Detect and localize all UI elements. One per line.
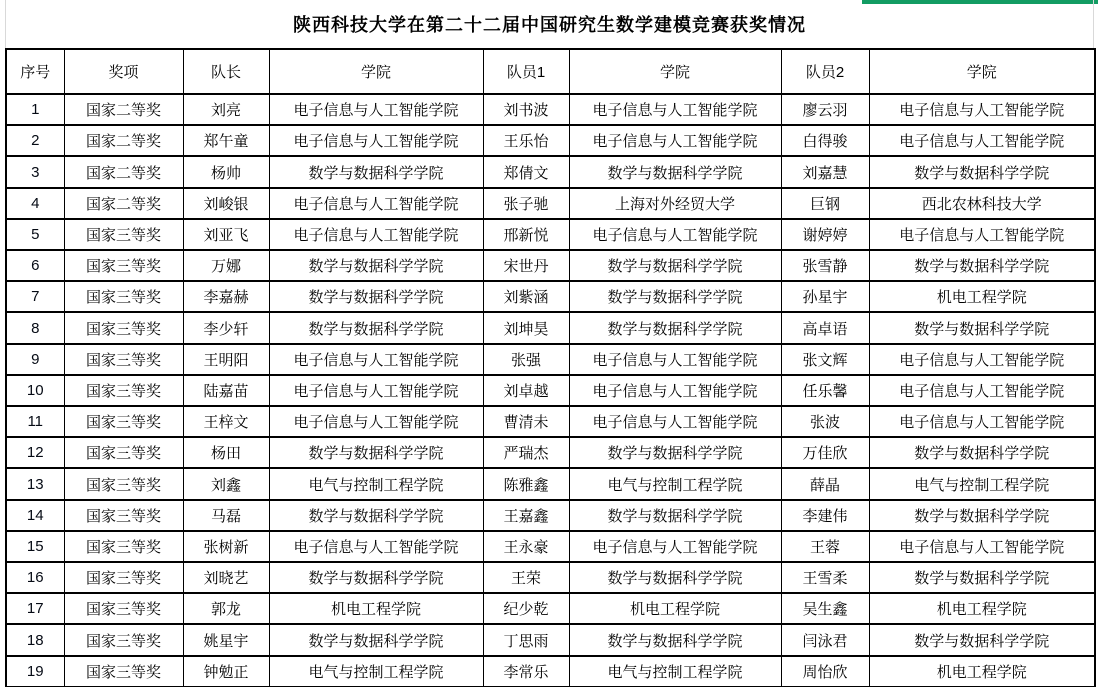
- table-cell: 曹清未: [483, 406, 569, 437]
- table-cell: 国家三等奖: [64, 375, 183, 406]
- table-cell: 电子信息与人工智能学院: [269, 188, 483, 219]
- table-cell: 国家二等奖: [64, 94, 183, 125]
- table-cell: 王乐怡: [483, 125, 569, 156]
- table-cell: 电子信息与人工智能学院: [269, 531, 483, 562]
- table-cell: 孙星宇: [781, 281, 869, 312]
- serial-cell: 6: [6, 250, 64, 281]
- serial-cell: 18: [6, 624, 64, 655]
- table-cell: 机电工程学院: [269, 593, 483, 624]
- table-row: 4国家二等奖刘峻银电子信息与人工智能学院张子驰上海对外经贸大学巨钢西北农林科技大…: [6, 188, 1095, 219]
- table-cell: 王梓文: [183, 406, 269, 437]
- table-row: 7国家三等奖李嘉赫数学与数据科学学院刘紫涵数学与数据科学学院孙星宇机电工程学院: [6, 281, 1095, 312]
- table-cell: 数学与数据科学学院: [569, 562, 781, 593]
- table-cell: 王永豪: [483, 531, 569, 562]
- table-cell: 电子信息与人工智能学院: [269, 344, 483, 375]
- table-cell: 电子信息与人工智能学院: [869, 94, 1095, 125]
- table-row: 15国家三等奖张树新电子信息与人工智能学院王永豪电子信息与人工智能学院王蓉电子信…: [6, 531, 1095, 562]
- table-cell: 周怡欣: [781, 656, 869, 687]
- table-cell: 数学与数据科学学院: [569, 500, 781, 531]
- serial-cell: 10: [6, 375, 64, 406]
- column-header: 队员2: [781, 49, 869, 94]
- table-cell: 薛晶: [781, 468, 869, 499]
- table-cell: 国家三等奖: [64, 656, 183, 687]
- table-cell: 严瑞杰: [483, 437, 569, 468]
- table-cell: 王蓉: [781, 531, 869, 562]
- serial-cell: 8: [6, 312, 64, 343]
- serial-cell: 1: [6, 94, 64, 125]
- table-cell: 万娜: [183, 250, 269, 281]
- table-cell: 巨钢: [781, 188, 869, 219]
- table-cell: 国家三等奖: [64, 312, 183, 343]
- table-cell: 数学与数据科学学院: [569, 281, 781, 312]
- table-cell: 郭龙: [183, 593, 269, 624]
- serial-cell: 17: [6, 593, 64, 624]
- table-cell: 电气与控制工程学院: [269, 656, 483, 687]
- table-cell: 国家三等奖: [64, 593, 183, 624]
- table-cell: 宋世丹: [483, 250, 569, 281]
- serial-cell: 2: [6, 125, 64, 156]
- table-cell: 电气与控制工程学院: [269, 468, 483, 499]
- table-cell: 姚星宇: [183, 624, 269, 655]
- table-cell: 电子信息与人工智能学院: [869, 375, 1095, 406]
- table-cell: 李嘉赫: [183, 281, 269, 312]
- table-row: 6国家三等奖万娜数学与数据科学学院宋世丹数学与数据科学学院张雪静数学与数据科学学…: [6, 250, 1095, 281]
- table-cell: 陈雅鑫: [483, 468, 569, 499]
- table-row: 3国家二等奖杨帅数学与数据科学学院郑倩文数学与数据科学学院刘嘉慧数学与数据科学学…: [6, 156, 1095, 187]
- table-cell: 杨田: [183, 437, 269, 468]
- table-cell: 数学与数据科学学院: [869, 562, 1095, 593]
- table-cell: 电子信息与人工智能学院: [269, 375, 483, 406]
- table-cell: 丁思雨: [483, 624, 569, 655]
- table-cell: 电子信息与人工智能学院: [869, 219, 1095, 250]
- table-cell: 张波: [781, 406, 869, 437]
- table-cell: 电子信息与人工智能学院: [569, 531, 781, 562]
- awards-table: 序号奖项队长学院队员1学院队员2学院 1国家二等奖刘亮电子信息与人工智能学院刘书…: [5, 48, 1096, 687]
- table-row: 16国家三等奖刘晓艺数学与数据科学学院王荣数学与数据科学学院王雪柔数学与数据科学…: [6, 562, 1095, 593]
- table-cell: 国家三等奖: [64, 500, 183, 531]
- table-cell: 吴生鑫: [781, 593, 869, 624]
- table-cell: 国家二等奖: [64, 156, 183, 187]
- serial-cell: 13: [6, 468, 64, 499]
- table-cell: 电子信息与人工智能学院: [269, 219, 483, 250]
- table-cell: 张文辉: [781, 344, 869, 375]
- table-row: 10国家三等奖陆嘉苗电子信息与人工智能学院刘卓越电子信息与人工智能学院任乐馨电子…: [6, 375, 1095, 406]
- table-cell: 数学与数据科学学院: [869, 312, 1095, 343]
- table-row: 18国家三等奖姚星宇数学与数据科学学院丁思雨数学与数据科学学院闫泳君数学与数据科…: [6, 624, 1095, 655]
- table-cell: 王明阳: [183, 344, 269, 375]
- page-title: 陕西科技大学在第二十二届中国研究生数学建模竞赛获奖情况: [293, 11, 806, 37]
- table-cell: 国家三等奖: [64, 437, 183, 468]
- table-row: 9国家三等奖王明阳电子信息与人工智能学院张强电子信息与人工智能学院张文辉电子信息…: [6, 344, 1095, 375]
- table-cell: 国家三等奖: [64, 562, 183, 593]
- table-row: 12国家三等奖杨田数学与数据科学学院严瑞杰数学与数据科学学院万佳欣数学与数据科学…: [6, 437, 1095, 468]
- table-cell: 刘书波: [483, 94, 569, 125]
- table-row: 5国家三等奖刘亚飞电子信息与人工智能学院邢新悦电子信息与人工智能学院谢婷婷电子信…: [6, 219, 1095, 250]
- table-cell: 陆嘉苗: [183, 375, 269, 406]
- table-cell: 电子信息与人工智能学院: [569, 219, 781, 250]
- table-cell: 国家三等奖: [64, 406, 183, 437]
- table-cell: 刘紫涵: [483, 281, 569, 312]
- table-cell: 数学与数据科学学院: [269, 437, 483, 468]
- table-cell: 数学与数据科学学院: [869, 624, 1095, 655]
- table-cell: 杨帅: [183, 156, 269, 187]
- table-cell: 李少轩: [183, 312, 269, 343]
- table-cell: 国家三等奖: [64, 531, 183, 562]
- column-header: 序号: [6, 49, 64, 94]
- table-cell: 电子信息与人工智能学院: [869, 344, 1095, 375]
- column-header: 学院: [869, 49, 1095, 94]
- table-row: 19国家三等奖钟勉正电气与控制工程学院李常乐电气与控制工程学院周怡欣机电工程学院: [6, 656, 1095, 687]
- table-cell: 刘亚飞: [183, 219, 269, 250]
- table-cell: 钟勉正: [183, 656, 269, 687]
- table-cell: 郑午童: [183, 125, 269, 156]
- table-cell: 数学与数据科学学院: [569, 156, 781, 187]
- table-row: 13国家三等奖刘鑫电气与控制工程学院陈雅鑫电气与控制工程学院薛晶电气与控制工程学…: [6, 468, 1095, 499]
- table-cell: 李常乐: [483, 656, 569, 687]
- header-row: 序号奖项队长学院队员1学院队员2学院: [6, 49, 1095, 94]
- table-cell: 电子信息与人工智能学院: [869, 125, 1095, 156]
- table-cell: 刘亮: [183, 94, 269, 125]
- table-cell: 刘晓艺: [183, 562, 269, 593]
- table-cell: 电子信息与人工智能学院: [569, 344, 781, 375]
- table-cell: 电气与控制工程学院: [869, 468, 1095, 499]
- table-cell: 国家二等奖: [64, 188, 183, 219]
- table-cell: 邢新悦: [483, 219, 569, 250]
- serial-cell: 3: [6, 156, 64, 187]
- table-row: 1国家二等奖刘亮电子信息与人工智能学院刘书波电子信息与人工智能学院廖云羽电子信息…: [6, 94, 1095, 125]
- table-row: 2国家二等奖郑午童电子信息与人工智能学院王乐怡电子信息与人工智能学院白得骏电子信…: [6, 125, 1095, 156]
- serial-cell: 15: [6, 531, 64, 562]
- table-cell: 张子驰: [483, 188, 569, 219]
- column-header: 队员1: [483, 49, 569, 94]
- table-cell: 电气与控制工程学院: [569, 656, 781, 687]
- column-header: 奖项: [64, 49, 183, 94]
- table-cell: 机电工程学院: [869, 281, 1095, 312]
- table-row: 8国家三等奖李少轩数学与数据科学学院刘坤昊数学与数据科学学院高卓语数学与数据科学…: [6, 312, 1095, 343]
- table-cell: 电气与控制工程学院: [569, 468, 781, 499]
- serial-cell: 11: [6, 406, 64, 437]
- serial-cell: 5: [6, 219, 64, 250]
- table-cell: 数学与数据科学学院: [569, 437, 781, 468]
- column-header: 队长: [183, 49, 269, 94]
- title-area: 陕西科技大学在第二十二届中国研究生数学建模竞赛获奖情况: [5, 0, 1094, 48]
- table-cell: 电子信息与人工智能学院: [569, 94, 781, 125]
- table-cell: 数学与数据科学学院: [269, 500, 483, 531]
- table-cell: 数学与数据科学学院: [569, 250, 781, 281]
- table-cell: 数学与数据科学学院: [869, 156, 1095, 187]
- table-cell: 数学与数据科学学院: [869, 500, 1095, 531]
- table-cell: 国家三等奖: [64, 281, 183, 312]
- table-cell: 高卓语: [781, 312, 869, 343]
- table-cell: 张强: [483, 344, 569, 375]
- table-cell: 数学与数据科学学院: [869, 437, 1095, 468]
- table-cell: 国家三等奖: [64, 468, 183, 499]
- table-cell: 任乐馨: [781, 375, 869, 406]
- table-cell: 国家二等奖: [64, 125, 183, 156]
- serial-cell: 19: [6, 656, 64, 687]
- table-cell: 刘鑫: [183, 468, 269, 499]
- table-cell: 郑倩文: [483, 156, 569, 187]
- table-cell: 国家三等奖: [64, 624, 183, 655]
- table-cell: 数学与数据科学学院: [569, 312, 781, 343]
- table-cell: 电子信息与人工智能学院: [569, 375, 781, 406]
- table-body: 1国家二等奖刘亮电子信息与人工智能学院刘书波电子信息与人工智能学院廖云羽电子信息…: [6, 94, 1095, 687]
- column-header: 学院: [569, 49, 781, 94]
- table-cell: 数学与数据科学学院: [869, 250, 1095, 281]
- table-cell: 王荣: [483, 562, 569, 593]
- table-cell: 电子信息与人工智能学院: [569, 125, 781, 156]
- table-cell: 廖云羽: [781, 94, 869, 125]
- serial-cell: 4: [6, 188, 64, 219]
- table-cell: 张雪静: [781, 250, 869, 281]
- table-cell: 数学与数据科学学院: [269, 250, 483, 281]
- serial-cell: 16: [6, 562, 64, 593]
- table-header: 序号奖项队长学院队员1学院队员2学院: [6, 49, 1095, 94]
- table-cell: 机电工程学院: [569, 593, 781, 624]
- table-cell: 数学与数据科学学院: [569, 624, 781, 655]
- table-cell: 机电工程学院: [869, 593, 1095, 624]
- table-cell: 闫泳君: [781, 624, 869, 655]
- table-cell: 国家三等奖: [64, 219, 183, 250]
- table-cell: 王雪柔: [781, 562, 869, 593]
- serial-cell: 9: [6, 344, 64, 375]
- column-header: 学院: [269, 49, 483, 94]
- table-cell: 刘嘉慧: [781, 156, 869, 187]
- table-cell: 刘卓越: [483, 375, 569, 406]
- table-cell: 国家三等奖: [64, 250, 183, 281]
- table-row: 11国家三等奖王梓文电子信息与人工智能学院曹清未电子信息与人工智能学院张波电子信…: [6, 406, 1095, 437]
- table-cell: 刘坤昊: [483, 312, 569, 343]
- table-cell: 上海对外经贸大学: [569, 188, 781, 219]
- serial-cell: 14: [6, 500, 64, 531]
- table-cell: 电子信息与人工智能学院: [269, 125, 483, 156]
- table-cell: 万佳欣: [781, 437, 869, 468]
- table-cell: 数学与数据科学学院: [269, 156, 483, 187]
- serial-cell: 7: [6, 281, 64, 312]
- table-cell: 机电工程学院: [869, 656, 1095, 687]
- table-cell: 国家三等奖: [64, 344, 183, 375]
- table-cell: 数学与数据科学学院: [269, 312, 483, 343]
- table-cell: 电子信息与人工智能学院: [869, 406, 1095, 437]
- table-cell: 王嘉鑫: [483, 500, 569, 531]
- table-cell: 白得骏: [781, 125, 869, 156]
- serial-cell: 12: [6, 437, 64, 468]
- table-cell: 刘峻银: [183, 188, 269, 219]
- table-cell: 电子信息与人工智能学院: [869, 531, 1095, 562]
- table-cell: 谢婷婷: [781, 219, 869, 250]
- table-cell: 数学与数据科学学院: [269, 281, 483, 312]
- table-cell: 张树新: [183, 531, 269, 562]
- table-cell: 数学与数据科学学院: [269, 624, 483, 655]
- table-cell: 电子信息与人工智能学院: [269, 406, 483, 437]
- table-row: 14国家三等奖马磊数学与数据科学学院王嘉鑫数学与数据科学学院李建伟数学与数据科学…: [6, 500, 1095, 531]
- table-cell: 电子信息与人工智能学院: [269, 94, 483, 125]
- table-cell: 电子信息与人工智能学院: [569, 406, 781, 437]
- table-cell: 西北农林科技大学: [869, 188, 1095, 219]
- table-row: 17国家三等奖郭龙机电工程学院纪少乾机电工程学院吴生鑫机电工程学院: [6, 593, 1095, 624]
- table-cell: 数学与数据科学学院: [269, 562, 483, 593]
- table-cell: 纪少乾: [483, 593, 569, 624]
- table-cell: 李建伟: [781, 500, 869, 531]
- table-cell: 马磊: [183, 500, 269, 531]
